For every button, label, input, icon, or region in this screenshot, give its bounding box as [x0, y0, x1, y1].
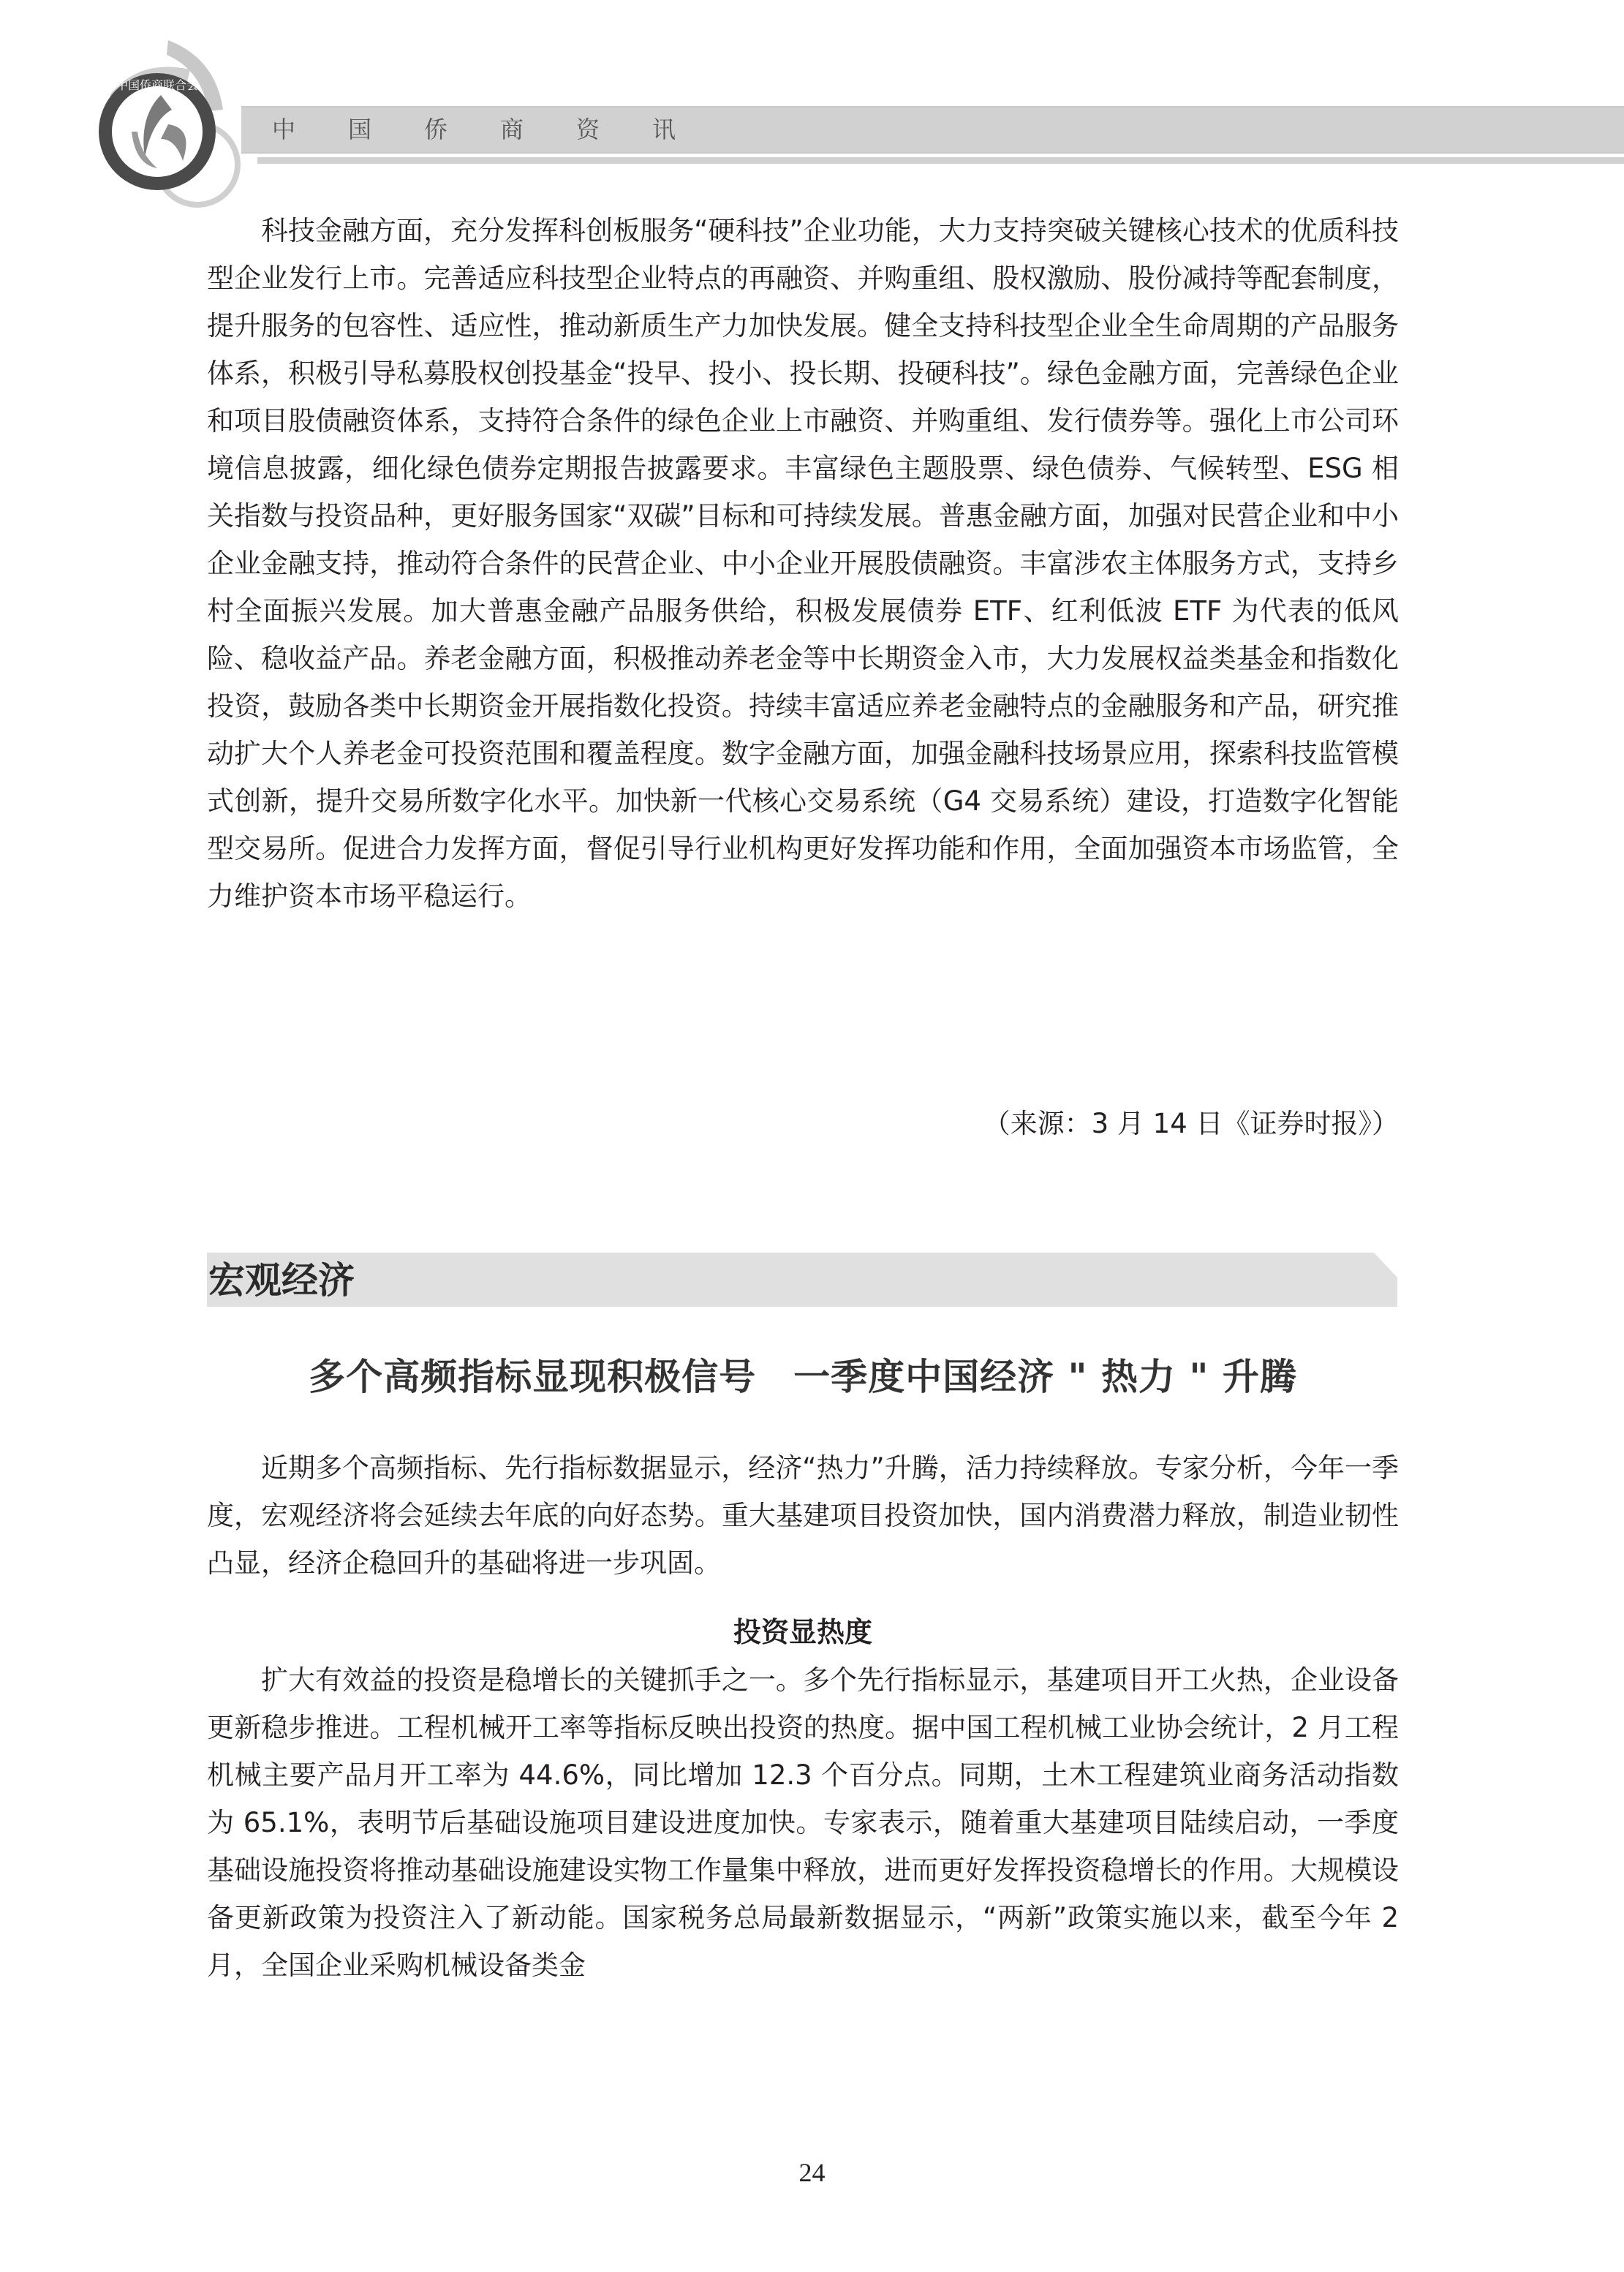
masthead-char: 国	[348, 111, 424, 145]
paragraph: 科技金融方面，充分发挥科创板服务“硬科技”企业功能，大力支持突破关键核心技术的优…	[207, 207, 1399, 920]
article-subheading: 投资显热度	[207, 1609, 1399, 1656]
article-title: 多个高频指标显现积极信号 一季度中国经济 " 热力 " 升腾	[207, 1351, 1399, 1403]
paragraph: 扩大有效益的投资是稳增长的关键抓手之一。多个先行指标显示，基建项目开工火热，企业…	[207, 1656, 1399, 1989]
masthead-char: 侨	[424, 111, 500, 145]
article-body: 扩大有效益的投资是稳增长的关键抓手之一。多个先行指标显示，基建项目开工火热，企业…	[207, 1656, 1399, 1989]
article-source: （来源：3 月 14 日《证券时报》）	[207, 1100, 1399, 1147]
previous-article-body: 科技金融方面，充分发挥科创板服务“硬科技”企业功能，大力支持突破关键核心技术的优…	[207, 207, 1399, 920]
masthead-char: 中	[272, 111, 348, 145]
federation-logo-icon: 中国侨商联合会	[58, 29, 278, 219]
svg-text:中国侨商联合会: 中国侨商联合会	[116, 78, 198, 92]
publication-title: 中 国 侨 商 资 讯	[272, 111, 728, 145]
paragraph: 近期多个高频指标、先行指标数据显示，经济“热力”升腾，活力持续释放。专家分析，今…	[207, 1444, 1399, 1587]
page-number: 24	[0, 2157, 1624, 2188]
masthead-char: 讯	[652, 111, 728, 145]
masthead-char: 商	[500, 111, 576, 145]
masthead-char: 资	[576, 111, 652, 145]
header-underline-bar	[257, 157, 1624, 164]
article-intro: 近期多个高频指标、先行指标数据显示，经济“热力”升腾，活力持续释放。专家分析，今…	[207, 1444, 1399, 1587]
section-banner	[207, 1253, 1397, 1307]
section-label: 宏观经济	[208, 1255, 355, 1306]
